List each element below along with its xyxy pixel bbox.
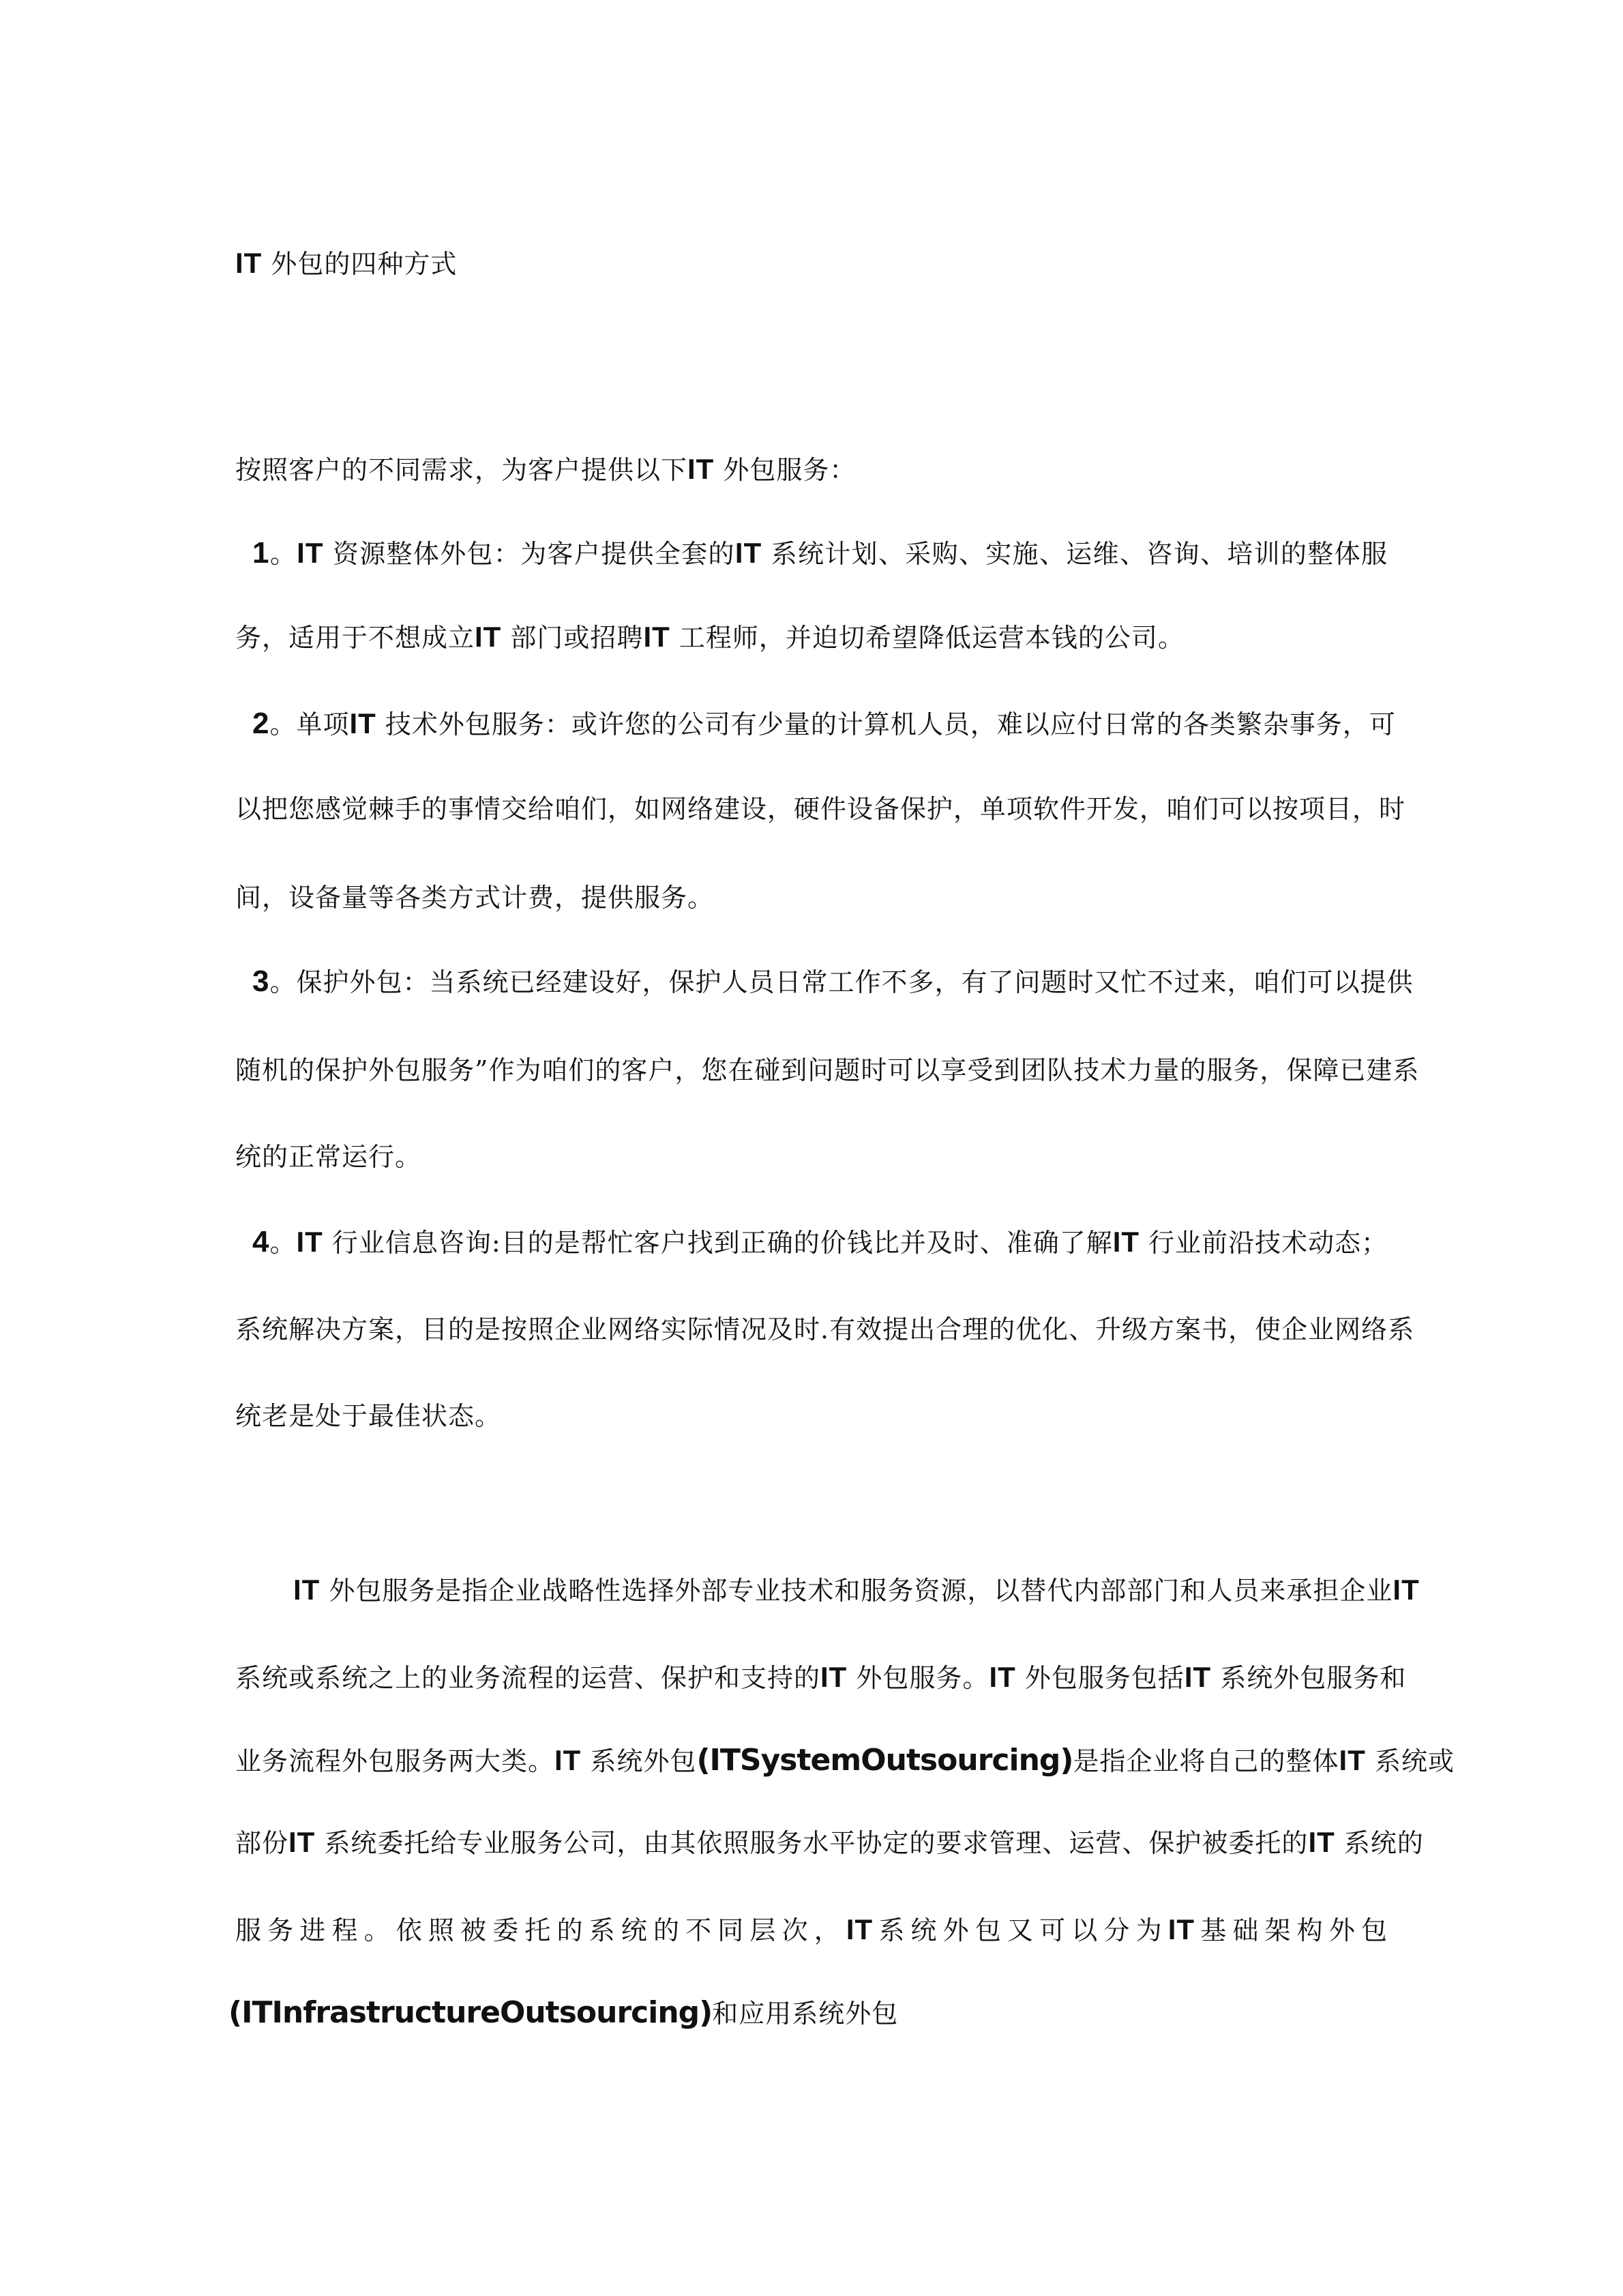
list-item-number: 1	[252, 536, 269, 570]
list-item-3-line-1: 3。保护外包：当系统已经建设好，保护人员日常工作不多，有了问题时又忙不过来，咱们…	[252, 964, 1388, 1000]
latin-run: IT	[1113, 1226, 1140, 1258]
text-run: 。	[269, 1228, 296, 1258]
latin-run: IT	[554, 1744, 581, 1776]
list-item-number: 4	[252, 1225, 269, 1259]
text-run: 系统解决方案，目的是按照企业网络实际情况及时.有效提出合理的优化、升级方案书，使…	[235, 1314, 1414, 1344]
text-run: 部门或招聘	[501, 623, 643, 653]
latin-run: IT	[288, 1826, 315, 1858]
intro-text-after: 外包服务：	[714, 455, 856, 485]
text-run: 行业前沿技术动态；	[1140, 1228, 1388, 1258]
text-run: 外包服务包括	[1016, 1663, 1185, 1693]
latin-run: IT	[297, 1226, 323, 1258]
list-item-4-line-3: 统老是处于最佳状态。	[235, 1398, 501, 1434]
text-run: 间，设备量等各类方式计费，提供服务。	[235, 883, 714, 913]
text-run: 。保护外包：当系统已经建设好，保护人员日常工作不多，有了问题时又忙不过来，咱们可…	[269, 967, 1413, 997]
text-run: 工程师，并迫切希望降低运营本钱的公司。	[670, 623, 1185, 653]
latin-run: IT	[989, 1661, 1015, 1693]
latin-run: IT	[293, 1574, 320, 1606]
text-run: 技术外包服务：或许您的公司有少量的计算机人员，难以应付日常的各类繁杂事务，可	[376, 709, 1396, 739]
latin-run: IT	[820, 1661, 847, 1693]
text-run: 务，适用于不想成立	[235, 623, 475, 653]
list-item-number: 2	[252, 707, 269, 740]
text-run: 统老是处于最佳状态。	[235, 1401, 501, 1431]
latin-term: (ITInfrastructureOutsourcing)	[228, 1995, 712, 2030]
title-text: 外包的四种方式	[262, 249, 457, 279]
list-item-3-line-3: 统的正常运行。	[235, 1139, 421, 1175]
list-item-1-line-2: 务，适用于不想成立IT 部门或招聘IT 工程师，并迫切希望降低运营本钱的公司。	[235, 619, 1185, 656]
document-title: IT 外包的四种方式	[235, 246, 457, 282]
list-item-4-line-2: 系统解决方案，目的是按照企业网络实际情况及时.有效提出合理的优化、升级方案书，使…	[235, 1312, 1388, 1347]
latin-run: IT	[297, 537, 323, 569]
text-run: 随机的保护外包服务”作为咱们的客户，您在碰到问题时可以享受到团队技术力量的服务，…	[235, 1055, 1419, 1085]
list-item-4-line-1: 4。IT 行业信息咨询:目的是帮忙客户找到正确的价钱比并及时、准确了解IT 行业…	[252, 1224, 1388, 1261]
text-run: 基础架构外包	[1195, 1915, 1388, 1945]
definition-line-5: 服务进程。依照被委托的系统的不同层次，IT系统外包又可以分为IT基础架构外包	[235, 1912, 1388, 1948]
text-run: 部份	[235, 1828, 288, 1858]
text-run: 系统外包又可以分为	[873, 1915, 1168, 1945]
text-run: 系统外包服务和	[1211, 1663, 1406, 1693]
latin-run: IT	[643, 621, 670, 653]
definition-line-4: 部份IT 系统委托给专业服务公司，由其依照服务水平协定的要求管理、运营、保护被委…	[235, 1825, 1388, 1861]
text-run: 服务进程。依照被委托的系统的不同层次，	[235, 1915, 846, 1945]
intro-latin: IT	[687, 453, 714, 485]
definition-line-3: 业务流程外包服务两大类。IT 系统外包(ITSystemOutsourcing)…	[235, 1743, 1388, 1779]
definition-line-6: (ITInfrastructureOutsourcing)和应用系统外包	[228, 1995, 898, 2031]
latin-run: IT	[1185, 1661, 1211, 1693]
list-item-2-line-3: 间，设备量等各类方式计费，提供服务。	[235, 880, 714, 915]
text-run: 系统或	[1366, 1746, 1455, 1776]
latin-run: IT	[350, 707, 376, 739]
list-item-1-line-1: 1。IT 资源整体外包：为客户提供全套的IT 系统计划、采购、实施、运维、咨询、…	[252, 535, 1388, 572]
latin-run: IT	[1339, 1744, 1366, 1776]
latin-run: IT	[846, 1913, 873, 1945]
text-run: 系统委托给专业服务公司，由其依照服务水平协定的要求管理、运营、保护被委托的	[315, 1828, 1308, 1858]
title-latin: IT	[235, 247, 262, 279]
text-run: 是指企业将自己的整体	[1073, 1746, 1339, 1776]
text-run: 业务流程外包服务两大类。	[235, 1746, 554, 1776]
text-run: 系统外包	[581, 1746, 696, 1776]
text-run: 系统或系统之上的业务流程的运营、保护和支持的	[235, 1663, 820, 1693]
latin-run: IT	[1308, 1826, 1335, 1858]
definition-line-2: 系统或系统之上的业务流程的运营、保护和支持的IT 外包服务。IT 外包服务包括I…	[235, 1660, 1388, 1696]
latin-run: IT	[1393, 1574, 1419, 1606]
definition-line-1: IT 外包服务是指企业战略性选择外部专业技术和服务资源，以替代内部部门和人员来承…	[293, 1572, 1391, 1608]
text-run: 系统的	[1335, 1828, 1424, 1858]
latin-term: (ITSystemOutsourcing)	[696, 1743, 1073, 1778]
text-run: 和应用系统外包	[712, 1999, 898, 2029]
latin-run: IT	[1168, 1913, 1195, 1945]
list-item-number: 3	[252, 965, 269, 998]
text-run: 以把您感觉棘手的事情交给咱们，如网络建设，硬件设备保护，单项软件开发，咱们可以按…	[235, 794, 1405, 824]
text-run: 统的正常运行。	[235, 1142, 421, 1172]
intro-text-before: 按照客户的不同需求，为客户提供以下	[235, 455, 687, 485]
text-run: 。单项	[269, 709, 349, 739]
list-item-2-line-2: 以把您感觉棘手的事情交给咱们，如网络建设，硬件设备保护，单项软件开发，咱们可以按…	[235, 791, 1388, 827]
text-run: 系统计划、采购、实施、运维、咨询、培训的整体服	[762, 539, 1388, 569]
text-run: 行业信息咨询:目的是帮忙客户找到正确的价钱比并及时、准确了解	[323, 1228, 1113, 1258]
latin-run: IT	[735, 537, 762, 569]
text-run: 外包服务是指企业战略性选择外部专业技术和服务资源，以替代内部部门和人员来承担企业	[320, 1576, 1393, 1606]
text-run: 外包服务。	[847, 1663, 989, 1693]
list-item-3-line-2: 随机的保护外包服务”作为咱们的客户，您在碰到问题时可以享受到团队技术力量的服务，…	[235, 1053, 1388, 1088]
list-item-2-line-1: 2。单项IT 技术外包服务：或许您的公司有少量的计算机人员，难以应付日常的各类繁…	[252, 706, 1388, 742]
document-page: IT 外包的四种方式 按照客户的不同需求，为客户提供以下IT 外包服务： 1。I…	[0, 0, 1623, 2296]
text-run: 资源整体外包：为客户提供全套的	[323, 539, 734, 569]
text-run: 。	[269, 539, 297, 569]
latin-run: IT	[475, 621, 501, 653]
intro-paragraph: 按照客户的不同需求，为客户提供以下IT 外包服务：	[235, 452, 856, 488]
